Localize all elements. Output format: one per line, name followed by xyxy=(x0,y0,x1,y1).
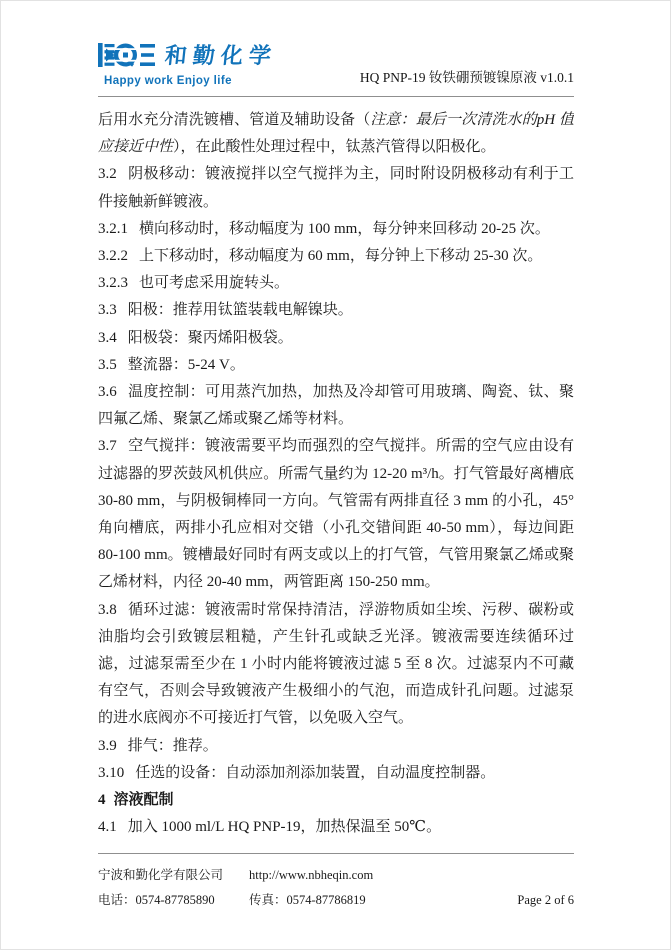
section-text: 空气搅拌：镀液需要平均而强烈的空气搅拌。所需的空气应由设有过滤器的罗茨鼓风机供应… xyxy=(98,438,574,590)
footer-website: http://www.nbheqin.com xyxy=(249,863,517,888)
section-number: 3.8 xyxy=(98,602,117,618)
section-text: 上下移动时，移动幅度为 60 mm，每分钟上下移动 25-30 次。 xyxy=(139,248,542,264)
section-number: 3.10 xyxy=(98,765,124,781)
document-title: HQ PNP-19 钕铁硼预镀镍原液 v1.0.1 xyxy=(360,66,574,87)
section-number: 3.2.3 xyxy=(98,275,128,291)
page-header: 和勤化学 Happy work Enjoy life HQ PNP-19 钕铁硼… xyxy=(98,39,574,97)
section-text: 溶液配制 xyxy=(114,792,174,808)
footer-spacer xyxy=(517,863,574,888)
section-text: 加入 1000 ml/L HQ PNP-19，加热保温至 50℃。 xyxy=(128,819,441,835)
section-paragraph: 3.2.1横向移动时，移动幅度为 100 mm，每分钟来回移动 20-25 次。 xyxy=(98,216,574,243)
section-text: 温度控制：可用蒸汽加热，加热及冷却管可用玻璃、陶瓷、钛、聚四氟乙烯、聚氯乙烯或聚… xyxy=(98,384,574,427)
section-number: 3.6 xyxy=(98,384,117,400)
section-number: 3.3 xyxy=(98,302,117,318)
section-number: 3.2 xyxy=(98,166,117,182)
company-name-cn: 和勤化学 xyxy=(163,39,278,70)
section-number: 3.4 xyxy=(98,330,117,346)
section-number: 4.1 xyxy=(98,819,117,835)
intro-paragraph: 后用水充分清洗镀槽、管道及辅助设备（注意：最后一次清洗水的pH 值应接近中性），… xyxy=(98,107,574,161)
section-paragraph: 3.10任选的设备：自动添加剂添加装置，自动温度控制器。 xyxy=(98,760,574,787)
section-text: 也可考虑采用旋转头。 xyxy=(139,275,289,291)
company-logo: 和勤化学 Happy work Enjoy life xyxy=(98,39,277,87)
section-number: 4 xyxy=(98,792,106,808)
section-paragraph: 3.2阴极移动：镀液搅拌以空气搅拌为主，同时附设阴极移动有利于工件接触新鲜镀液。 xyxy=(98,161,574,215)
section-paragraph: 3.2.3也可考虑采用旋转头。 xyxy=(98,270,574,297)
document-page: 和勤化学 Happy work Enjoy life HQ PNP-19 钕铁硼… xyxy=(0,0,671,950)
section-text: 阳极袋：聚丙烯阳极袋。 xyxy=(128,330,293,346)
intro-text-post: ），在此酸性处理过程中，钛蒸汽管得以阳极化。 xyxy=(173,139,496,155)
section-text: 阳极：推荐用钛篮装载电解镍块。 xyxy=(128,302,353,318)
section-paragraph: 3.4阳极袋：聚丙烯阳极袋。 xyxy=(98,325,574,352)
section-text: 任选的设备：自动添加剂添加装置，自动温度控制器。 xyxy=(135,765,495,781)
section-list: 3.2阴极移动：镀液搅拌以空气搅拌为主，同时附设阴极移动有利于工件接触新鲜镀液。… xyxy=(98,161,574,841)
section-text: 整流器：5-24 V。 xyxy=(128,357,245,373)
section-paragraph: 3.2.2上下移动时，移动幅度为 60 mm，每分钟上下移动 25-30 次。 xyxy=(98,243,574,270)
section-number: 3.2.2 xyxy=(98,248,128,264)
intro-text-pre: 后用水充分清洗镀槽、管道及辅助设备（ xyxy=(98,112,370,128)
hqe-logo-icon xyxy=(98,40,156,70)
section-text: 排气：推荐。 xyxy=(128,738,218,754)
section-paragraph: 3.3阳极：推荐用钛篮装载电解镍块。 xyxy=(98,297,574,324)
section-paragraph: 3.7空气搅拌：镀液需要平均而强烈的空气搅拌。所需的空气应由设有过滤器的罗茨鼓风… xyxy=(98,433,574,596)
footer-phone: 电话：0574-87785890 xyxy=(98,888,249,913)
company-tagline: Happy work Enjoy life xyxy=(98,75,277,87)
section-number: 3.2.1 xyxy=(98,221,128,237)
section-number: 3.7 xyxy=(98,438,117,454)
section-paragraph: 4溶液配制 xyxy=(98,787,574,814)
section-text: 横向移动时，移动幅度为 100 mm，每分钟来回移动 20-25 次。 xyxy=(139,221,550,237)
section-paragraph: 3.9排气：推荐。 xyxy=(98,733,574,760)
page-footer: 宁波和勤化学有限公司 http://www.nbheqin.com 电话：057… xyxy=(98,853,574,913)
section-text: 循环过滤：镀液需时常保持清洁，浮游物质如尘埃、污秽、碳粉或油脂均会引致镀层粗糙，… xyxy=(98,602,574,727)
section-number: 3.5 xyxy=(98,357,117,373)
section-paragraph: 4.1加入 1000 ml/L HQ PNP-19，加热保温至 50℃。 xyxy=(98,814,574,841)
section-text: 阴极移动：镀液搅拌以空气搅拌为主，同时附设阴极移动有利于工件接触新鲜镀液。 xyxy=(98,166,574,209)
section-paragraph: 3.5整流器：5-24 V。 xyxy=(98,352,574,379)
section-number: 3.9 xyxy=(98,738,117,754)
section-paragraph: 3.8循环过滤：镀液需时常保持清洁，浮游物质如尘埃、污秽、碳粉或油脂均会引致镀层… xyxy=(98,597,574,733)
footer-company: 宁波和勤化学有限公司 xyxy=(98,863,249,888)
footer-page-number: Page 2 of 6 xyxy=(517,888,574,913)
footer-fax: 传真：0574-87786819 xyxy=(249,888,517,913)
document-body: 后用水充分清洗镀槽、管道及辅助设备（注意：最后一次清洗水的pH 值应接近中性），… xyxy=(98,97,574,853)
section-paragraph: 3.6温度控制：可用蒸汽加热，加热及冷却管可用玻璃、陶瓷、钛、聚四氟乙烯、聚氯乙… xyxy=(98,379,574,433)
